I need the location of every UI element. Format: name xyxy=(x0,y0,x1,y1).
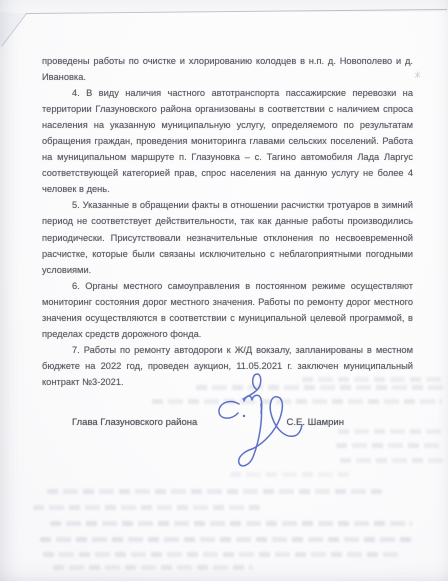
bleedthrough-artifact xyxy=(53,565,253,570)
scan-edge-line-corner xyxy=(2,14,27,47)
bleedthrough-artifact xyxy=(50,521,412,526)
text-line: мониторинг состояния дорог местного знач… xyxy=(42,294,413,310)
bleedthrough-artifact xyxy=(338,429,444,434)
bleedthrough-artifact xyxy=(340,458,443,463)
paragraph: 6. Органы местного самоуправления в пост… xyxy=(42,278,413,342)
document-text: проведены работы по очистке и хлорирован… xyxy=(42,53,413,390)
text-line: проведены работы по очистке и хлорирован… xyxy=(42,53,413,69)
paragraph: 7. Работы по ремонту автодороги к Ж/Д во… xyxy=(42,342,413,390)
text-line: на муниципальном маршруте п. Глазуновка … xyxy=(42,149,413,165)
text-line: населения на указанную муниципальную усл… xyxy=(42,117,413,133)
text-line: 4. В виду наличия частного автотранспорт… xyxy=(42,85,413,101)
text-line: условиями. xyxy=(42,262,413,278)
scan-edge-line-top xyxy=(26,10,447,14)
bleedthrough-artifact xyxy=(40,537,412,542)
text-line: человек в день. xyxy=(42,181,413,197)
bleedthrough-artifact xyxy=(33,505,260,510)
text-line: соответствующей категорией прав, спрос н… xyxy=(42,165,413,181)
signature-name: С.Е. Шамрин xyxy=(287,417,344,429)
scan-margin-top xyxy=(0,0,448,12)
text-line: значения осуществляются в соответствии с… xyxy=(42,310,413,326)
text-line: бюджете на 2022 год, проведен аукцион, 1… xyxy=(42,358,413,374)
paragraph: 5. Указанные в обращении факты в отношен… xyxy=(42,197,413,277)
signature-row: Глава Глазуновского района С.Е. Шамрин xyxy=(72,417,344,429)
text-line: территории Глазуновского района организо… xyxy=(42,101,413,117)
bleedthrough-artifact xyxy=(47,489,387,494)
text-line: пределах средств дорожного фонда. xyxy=(42,326,413,342)
text-line: 5. Указанные в обращении факты в отношен… xyxy=(42,197,413,213)
bleedthrough-artifact xyxy=(43,552,400,557)
text-line: 7. Работы по ремонту автодороги к Ж/Д во… xyxy=(42,342,413,358)
bleedthrough-artifact xyxy=(336,443,444,448)
text-line: расчистке, которые были связаны исключит… xyxy=(42,246,413,262)
signature-title: Глава Глазуновского района xyxy=(72,417,197,429)
bleedthrough-artifact xyxy=(152,399,442,404)
margin-smudge-mark xyxy=(415,72,420,78)
text-line: Ивановка. xyxy=(42,69,413,85)
scanned-document-page: проведены работы по очистке и хлорирован… xyxy=(0,0,448,581)
text-line: обращения граждан, проведения мониторинг… xyxy=(42,133,413,149)
paragraph: проведены работы по очистке и хлорирован… xyxy=(42,53,413,85)
bleedthrough-artifact xyxy=(230,472,350,477)
text-line: периодически. Присутствовали незначитель… xyxy=(42,230,413,246)
text-line: контракт №3-2021. xyxy=(42,374,413,390)
text-line: 6. Органы местного самоуправления в пост… xyxy=(42,278,413,294)
paragraph: 4. В виду наличия частного автотранспорт… xyxy=(42,85,413,197)
scan-corner-shade xyxy=(0,12,27,48)
text-line: период не соответствует действительности… xyxy=(42,213,413,229)
